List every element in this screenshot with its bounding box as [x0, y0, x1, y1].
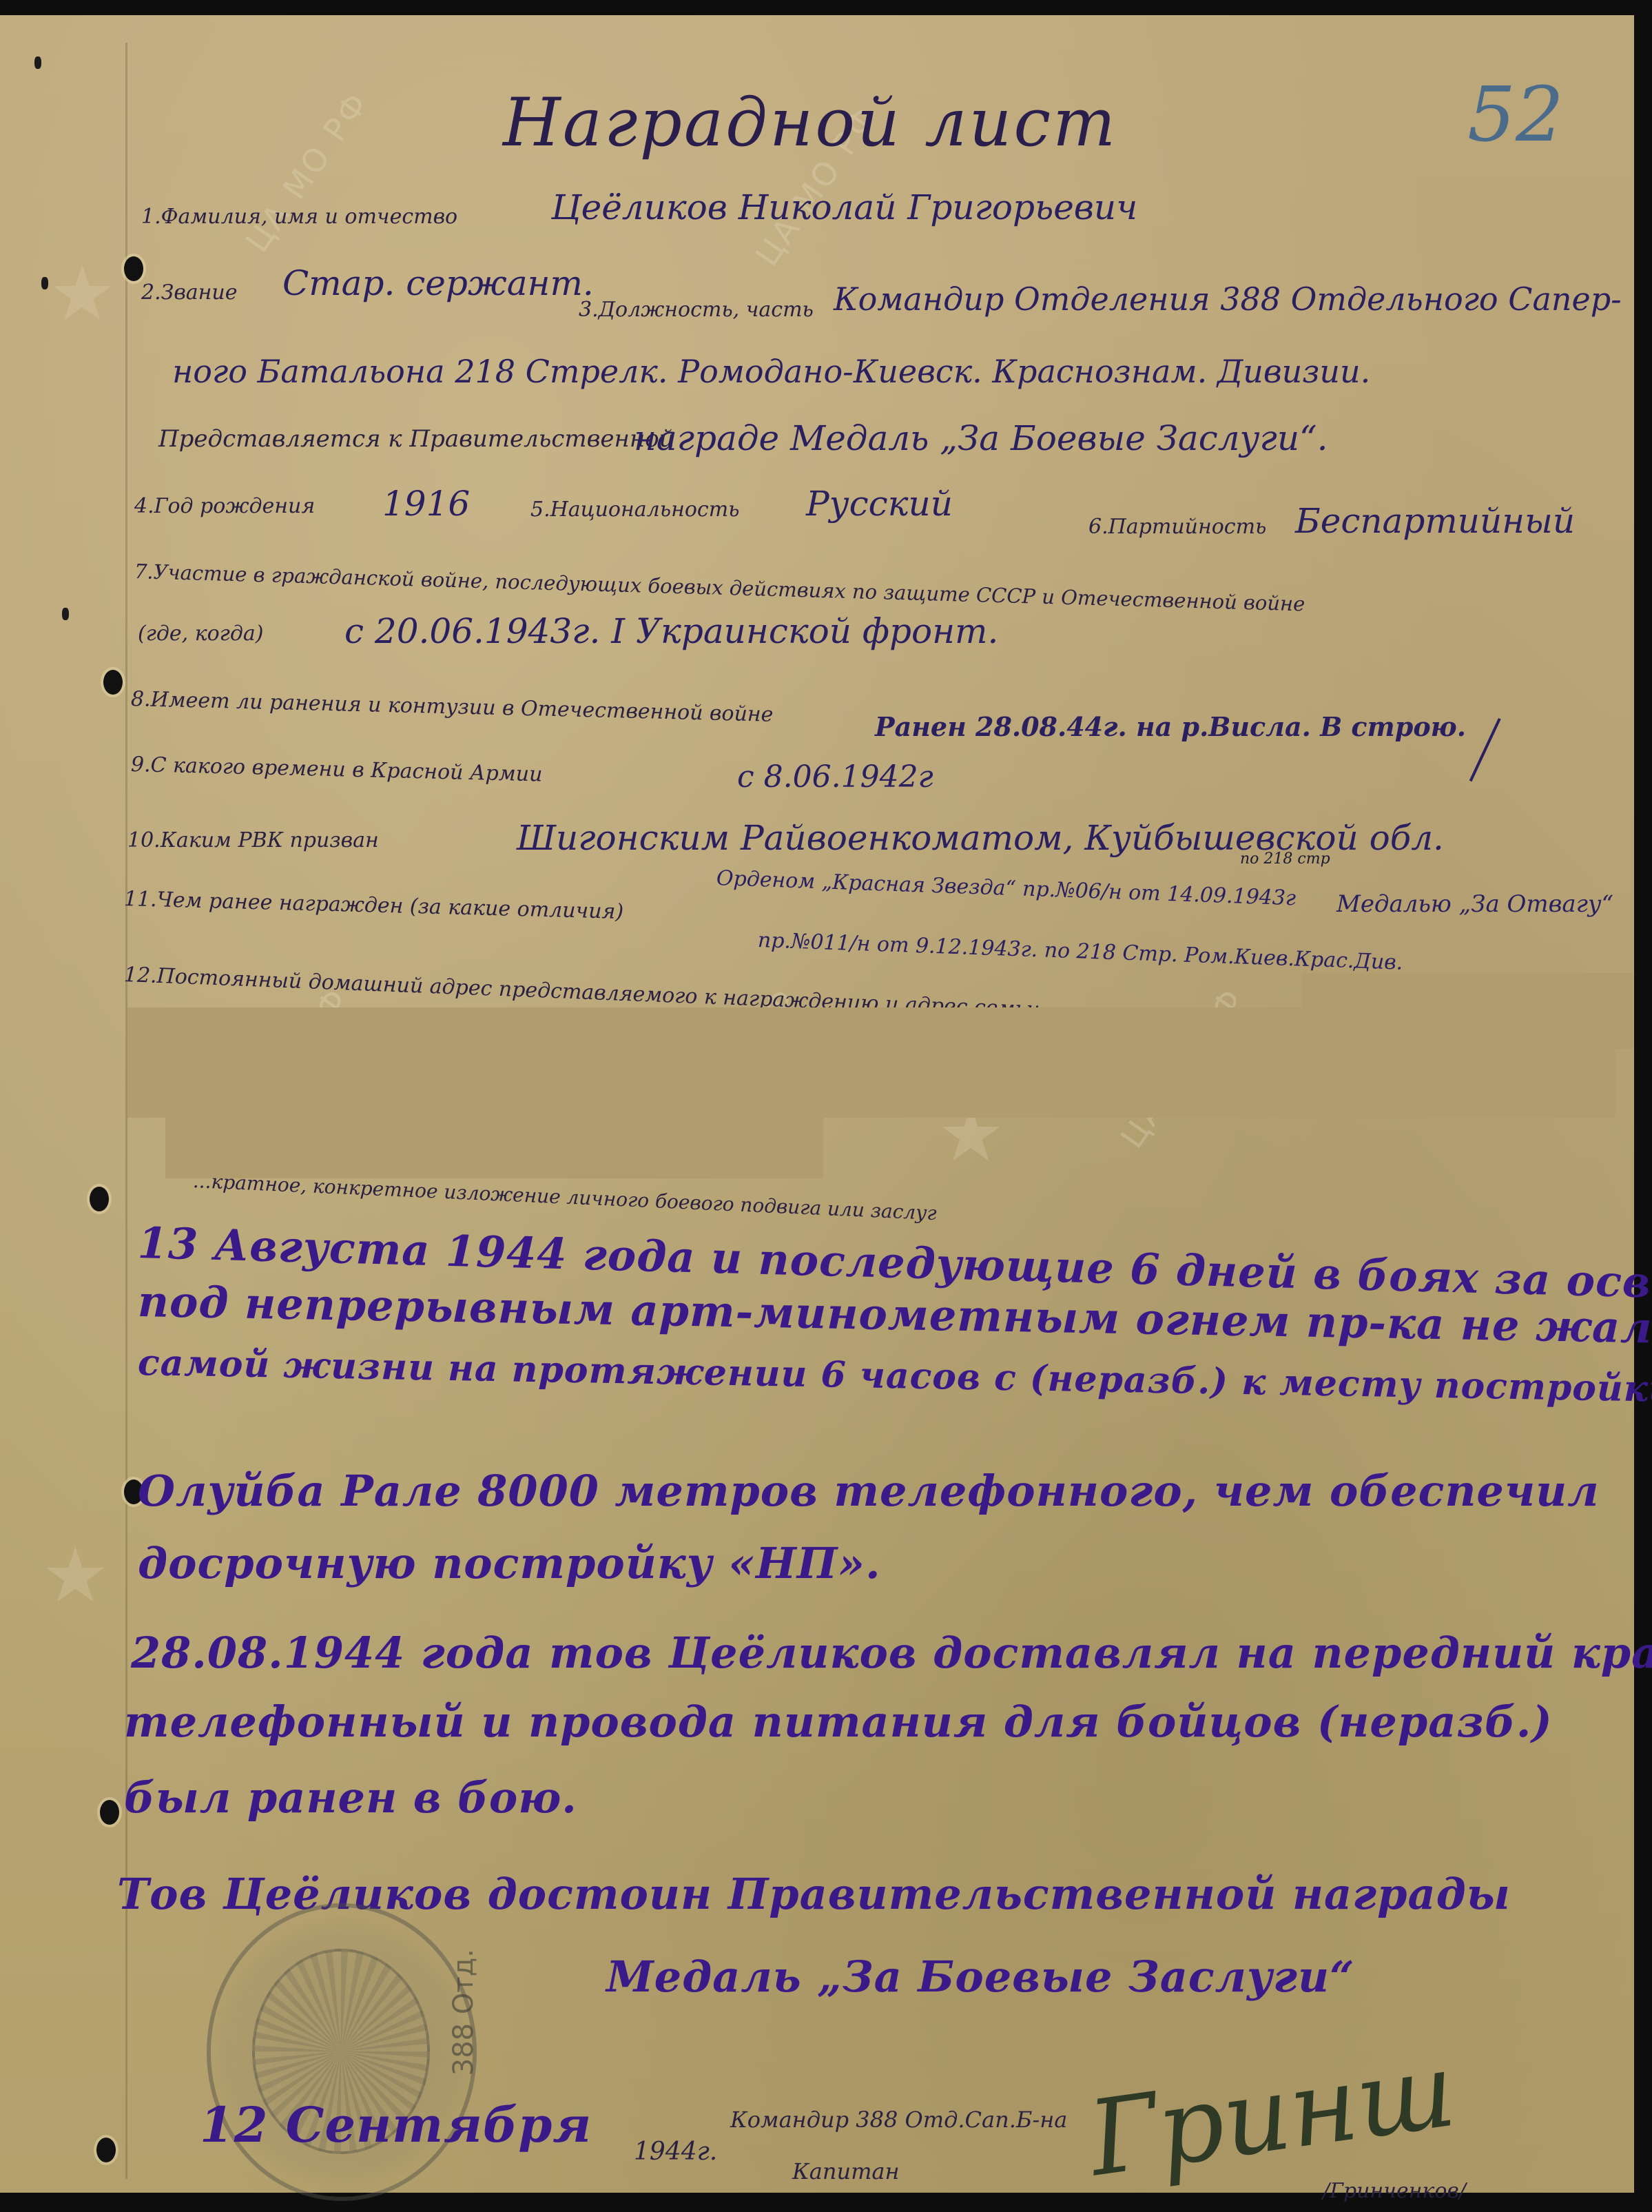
field-11-insert: по 218 стр [1240, 850, 1330, 868]
narrative-line: Олуйба Рале 8000 метров телефонного, чем… [138, 1466, 1600, 1516]
field-5-label: 5.Национальность [530, 498, 739, 522]
field-5-value: Русский [806, 484, 953, 524]
tack-mark [41, 277, 48, 289]
field-1-value: Цеёликов Николай Григорьевич [551, 187, 1137, 227]
watermark-star-icon: ★ [41, 1531, 110, 1619]
field-6-value: Беспартийный [1295, 501, 1575, 541]
tack-mark [34, 57, 41, 69]
field-2-value: Стар. сержант. [282, 263, 594, 303]
field-11-value-right: Медалью „За Отвагу“ [1336, 890, 1613, 918]
field-3-value-line2: ного Батальона 218 Стрелк. Ромодано-Киев… [172, 353, 1370, 390]
field-7-value: с 20.06.1943г. I Украинской фронт. [344, 611, 998, 651]
watermark: ЦА МО РФ [238, 84, 376, 259]
redacted-block [127, 1007, 1615, 1118]
field-9-label: 9.С какого времени в Красной Армии [131, 752, 543, 787]
narrative-conclusion-award: Медаль „За Боевые Заслуги“ [606, 1952, 1355, 2002]
signer-name: /Гринченков/ [1323, 2179, 1466, 2203]
narrative-line: 28.08.1944 года тов Цеёликов доставлял н… [131, 1628, 1652, 1678]
tack-mark [62, 608, 69, 620]
punch-hole [124, 256, 143, 281]
field-2-label: 2.Звание [141, 280, 238, 305]
narrative-line: самой жизни на протяжении 6 часов с (нер… [137, 1342, 1652, 1424]
field-3-value-line1: Командир Отделения 388 Отдельного Сапер- [834, 280, 1622, 318]
signer-title: Командир 388 Отд.Сап.Б-на [730, 2107, 1067, 2133]
field-3-label: 3.Должность, часть [579, 298, 814, 322]
field-11-value-bottom: пр.№011/н от 9.12.1943г. по 218 Стр. Ром… [757, 928, 1403, 975]
nomination-label: Представляется к Правительственной [158, 425, 674, 453]
punch-hole [90, 1187, 109, 1211]
sheet-number: 52 [1467, 70, 1564, 158]
redacted-block [165, 1116, 823, 1178]
date-day-month: 12 Сентября [200, 2096, 592, 2153]
field-6-label: 6.Партийность [1088, 515, 1266, 539]
field-4-label: 4.Год рождения [134, 494, 315, 518]
punch-hole [100, 1800, 119, 1825]
watermark-star-icon: ★ [48, 249, 116, 338]
check-mark [1469, 718, 1501, 781]
field-9-value: с 8.06.1942г [737, 759, 933, 795]
document-title: Наградной лист [503, 84, 1117, 161]
punch-hole [96, 2138, 116, 2162]
narrative-line: досрочную постройку «НП». [138, 1538, 881, 1588]
narrative-line: был ранен в бою. [124, 1772, 577, 1823]
field-7-label-line2: (где, когда) [138, 622, 263, 646]
field-10-label: 10.Каким РВК призван [127, 828, 379, 852]
punch-hole [103, 670, 123, 695]
field-7-label: 7.Участие в гражданской войне, последующ… [134, 560, 1305, 615]
field-1-label: 1.Фамилия, имя и отчество [141, 205, 457, 229]
document-sheet: ЦА МО РФ ЦА МО РФ ЦА МО РФ ЦА МО РФ ЦА М… [0, 15, 1634, 2193]
field-11-label: 11.Чем ранее награжден (за какие отличия… [124, 887, 624, 924]
field-8-label: 8.Имеет ли ранения и контузии в Отечеств… [131, 687, 774, 727]
nomination-value: награде Медаль „За Боевые Заслуги“. [634, 418, 1328, 458]
commander-signature: Гринш [1082, 2030, 1462, 2200]
signer-rank: Капитан [792, 2158, 900, 2184]
narrative-line: телефонный и провода питания для бойцов … [124, 1697, 1553, 1747]
stamp-text: 388 Отд. [448, 1949, 479, 2076]
field-8-value: Ранен 28.08.44г. на р.Висла. В строю. [875, 711, 1466, 742]
field-11-value-top: Орденом „Красная Звезда“ пр.№06/н от 14.… [716, 866, 1296, 910]
official-seal-stamp: 388 Отд. [207, 1903, 477, 2201]
date-year: 1944г. [634, 2138, 717, 2166]
field-4-value: 1916 [382, 484, 470, 524]
